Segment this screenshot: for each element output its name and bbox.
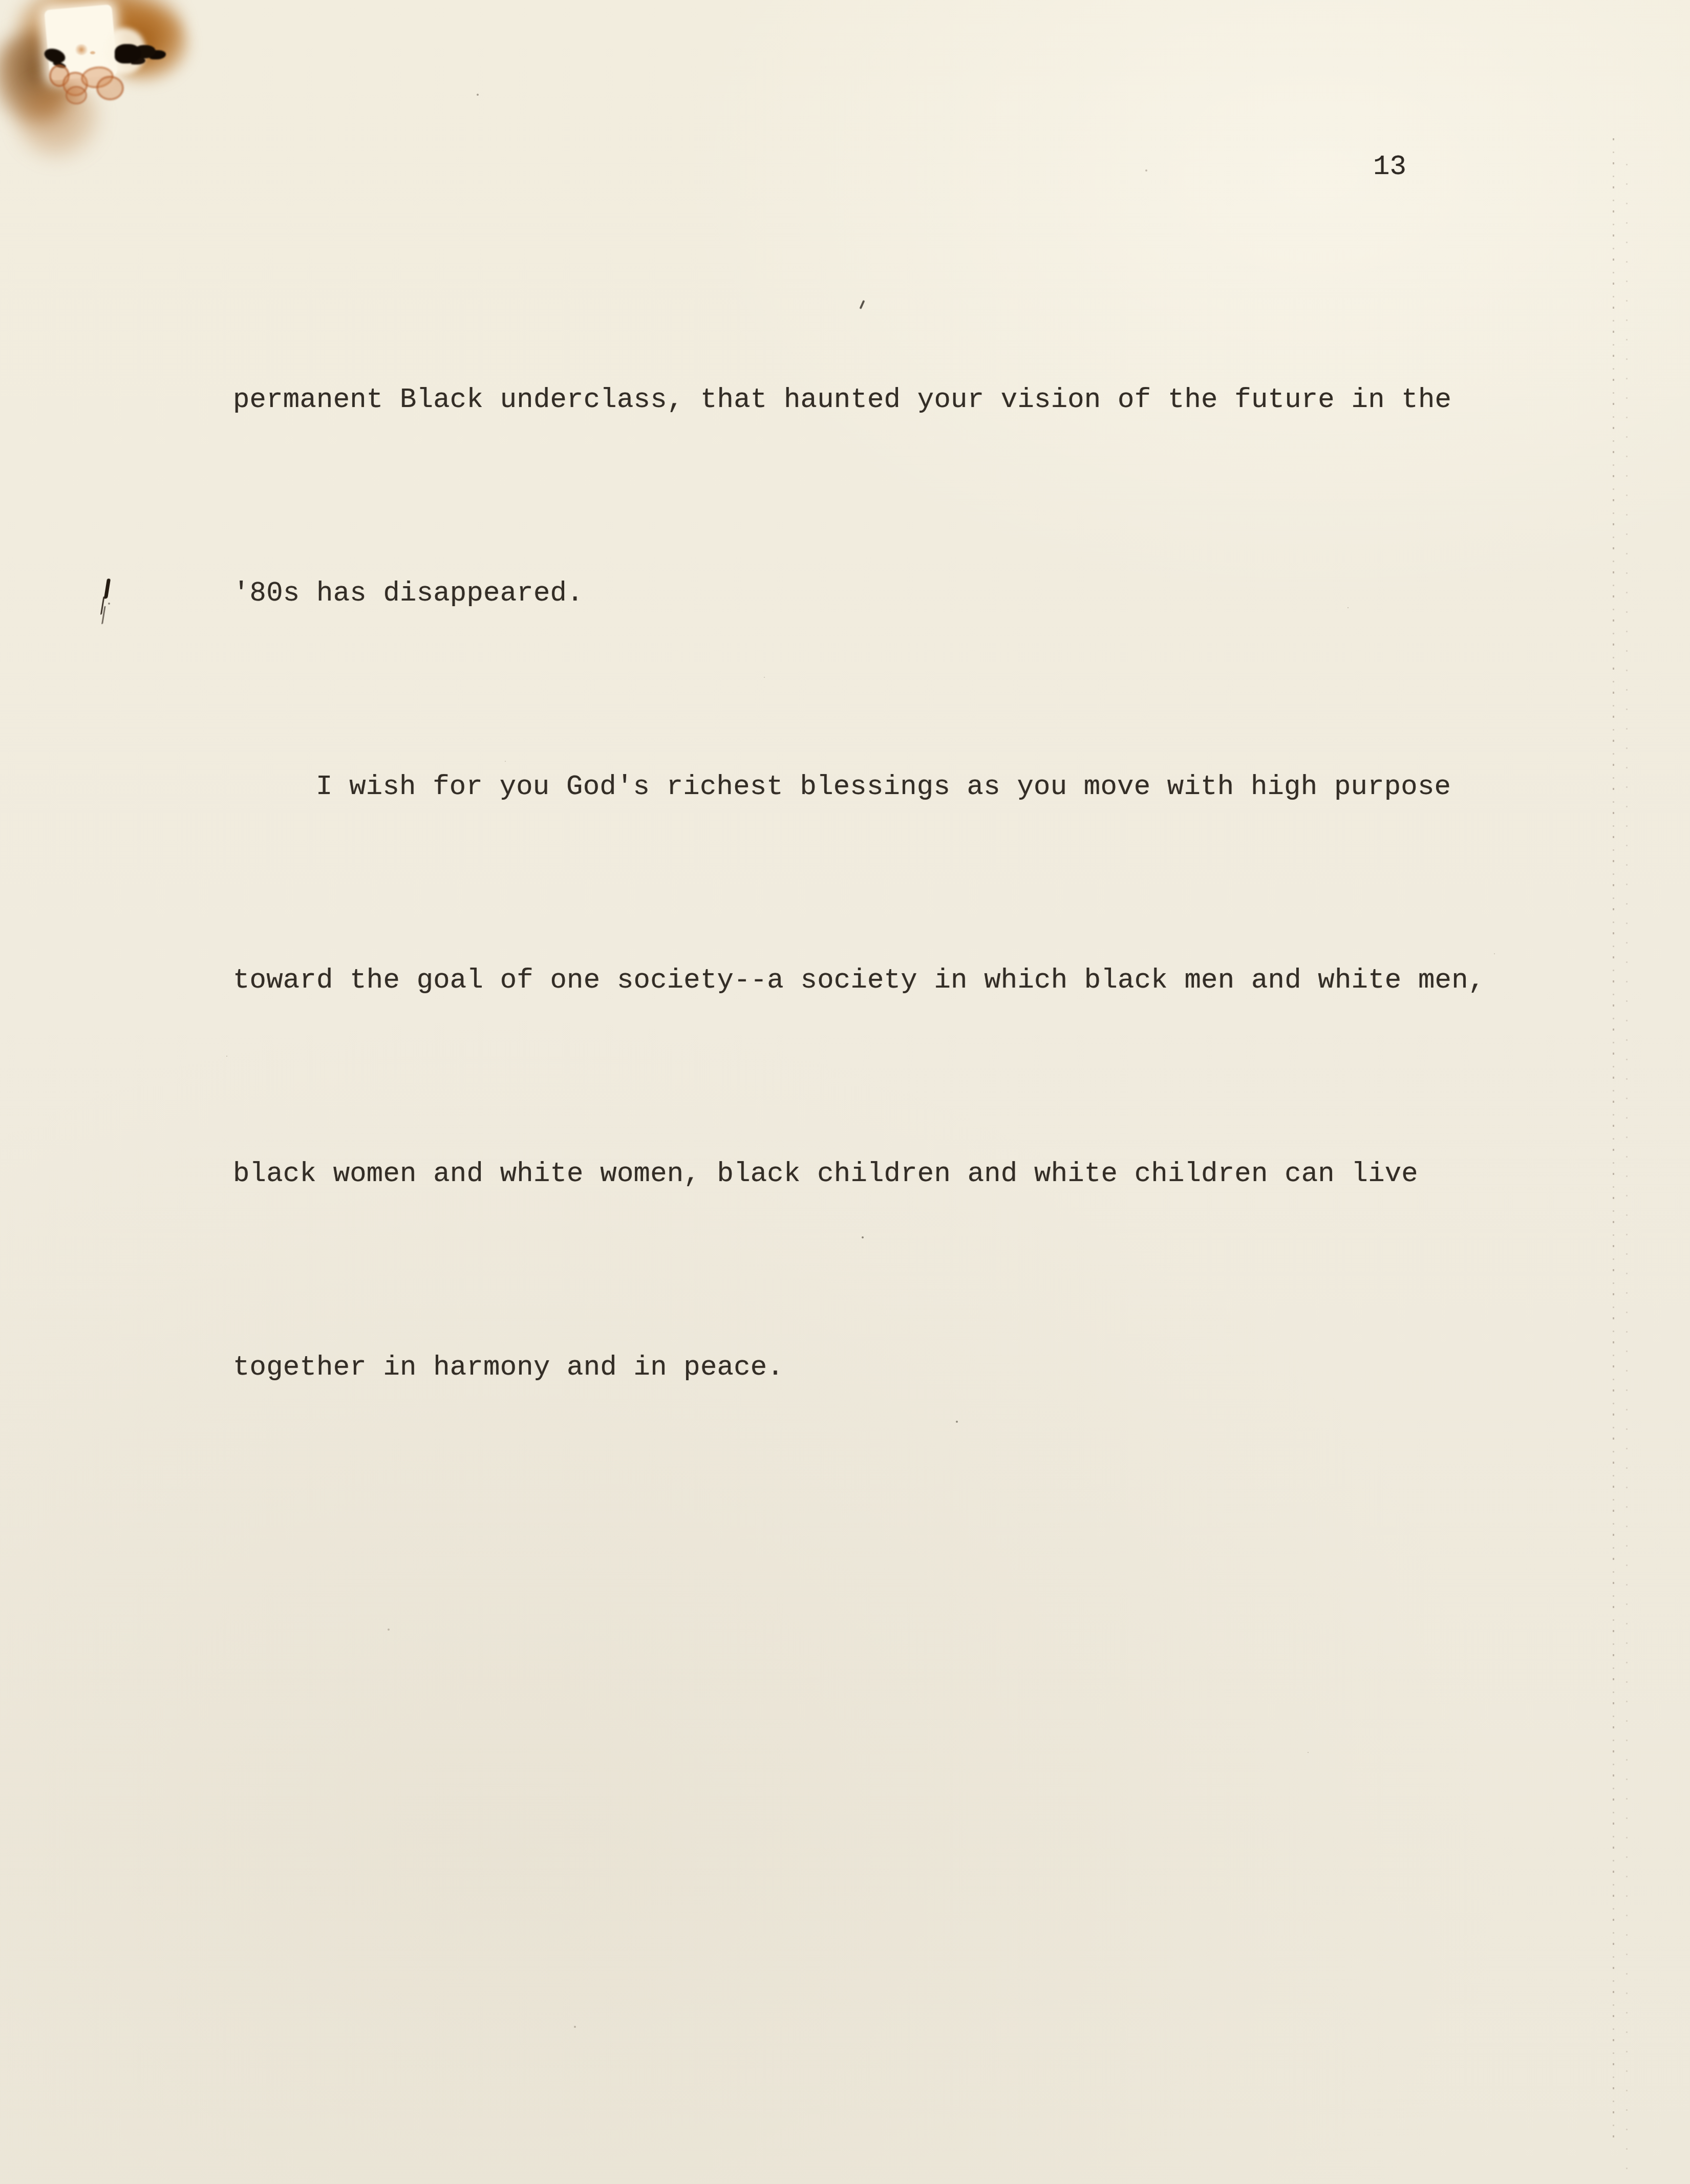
burn-stain-lobe xyxy=(100,8,189,82)
scorch-blot xyxy=(96,76,124,100)
burn-stain-lobe xyxy=(0,31,74,125)
document-page: 13 permanent Black underclass, that haun… xyxy=(0,0,1690,2184)
scorch-blot xyxy=(49,65,70,87)
scorch-blot xyxy=(62,72,88,96)
typed-line: together in harmony and in peace. xyxy=(233,1336,1544,1400)
scorch-dot xyxy=(75,44,88,55)
page-number: 13 xyxy=(1373,152,1406,183)
typed-line: I wish for you God's richest blessings a… xyxy=(233,755,1544,820)
typed-line: black women and white women, black child… xyxy=(233,1142,1544,1207)
charred-spot xyxy=(42,46,67,66)
typed-line: toward the goal of one society--a societ… xyxy=(233,949,1544,1013)
burn-stain-tail xyxy=(18,82,100,159)
burn-white-patch xyxy=(101,25,149,78)
typed-text-block: permanent Black underclass, that haunted… xyxy=(233,239,1544,1529)
typed-line: permanent Black underclass, that haunted… xyxy=(233,368,1544,433)
burn-stain xyxy=(0,0,266,184)
charred-spot xyxy=(115,44,141,63)
pen-mark xyxy=(104,579,111,599)
scorch-blot xyxy=(66,86,87,104)
dotted-fold-line-faint xyxy=(1626,164,1628,2171)
burn-white-patch xyxy=(44,5,118,81)
scorch-blot xyxy=(79,65,115,90)
typed-line: '80s has disappeared. xyxy=(233,562,1544,626)
dotted-fold-line xyxy=(1613,138,1614,2145)
burn-stain-halo xyxy=(15,0,184,67)
paper-speckles xyxy=(0,0,1,1)
